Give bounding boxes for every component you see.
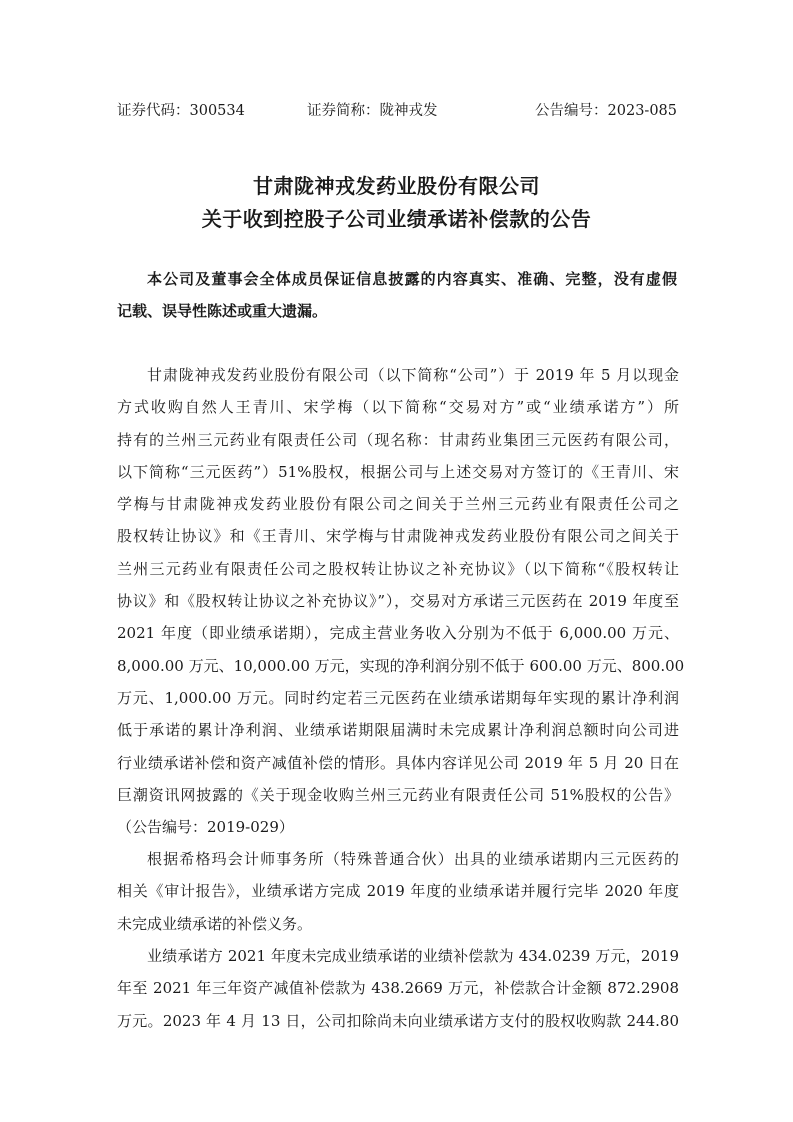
body-line: 相关《审计报告》，业绩承诺方完成 2019 年度的业绩承诺并履行完毕 2020 … bbox=[117, 875, 679, 907]
body-line: 以下简称“三元医药”）51%股权，根据公司与上述交易对方签订的《王青川、宋 bbox=[117, 456, 679, 488]
board-guarantee-notice: 本公司及董事会全体成员保证信息披露的内容真实、准确、完整，没有虚假 记载、误导性… bbox=[117, 263, 677, 327]
announcement-number: 公告编号：2023-085 bbox=[535, 99, 677, 120]
body-line: 行业绩承诺补偿和资产减值补偿的情形。具体内容详见公司 2019 年 5 月 20… bbox=[117, 747, 679, 779]
body-line: 兰州三元药业有限责任公司之股权转让协议之补充协议》（以下简称“《股权转让 bbox=[117, 553, 679, 585]
notice-line: 本公司及董事会全体成员保证信息披露的内容真实、准确、完整，没有虚假 bbox=[117, 263, 677, 295]
body-line: （公告编号：2019-029） bbox=[117, 811, 679, 843]
body-line: 协议》和《股权转让协议之补充协议》”），交易对方承诺三元医药在 2019 年度至 bbox=[117, 585, 679, 617]
body-line: 持有的兰州三元药业有限责任公司（现名称：甘肃药业集团三元医药有限公司， bbox=[117, 424, 679, 456]
body-paragraph-compensation: 业绩承诺方 2021 年度未完成业绩承诺的业绩补偿款为 434.0239 万元，… bbox=[117, 940, 679, 1037]
body-paragraph-audit: 根据希格玛会计师事务所（特殊普通合伙）出具的业绩承诺期内三元医药的 相关《审计报… bbox=[117, 843, 679, 940]
body-line: 巨潮资讯网披露的《关于现金收购兰州三元药业有限责任公司 51%股权的公告》 bbox=[117, 779, 679, 811]
body-line: 2021 年度（即业绩承诺期），完成主营业务收入分别为不低于 6,000.00 … bbox=[117, 617, 679, 649]
body-line: 万元、1,000.00 万元。同时约定若三元医药在业绩承诺期每年实现的累计净利润 bbox=[117, 682, 679, 714]
body-line: 未完成业绩承诺的补偿义务。 bbox=[117, 908, 679, 940]
notice-line: 记载、误导性陈述或重大遗漏。 bbox=[117, 295, 677, 327]
body-line: 万元。2023 年 4 月 13 日，公司扣除尚未向业绩承诺方支付的股权收购款 … bbox=[117, 1005, 679, 1037]
body-line: 根据希格玛会计师事务所（特殊普通合伙）出具的业绩承诺期内三元医药的 bbox=[117, 843, 679, 875]
document-title-subject: 关于收到控股子公司业绩承诺补偿款的公告 bbox=[0, 203, 793, 232]
body-line: 甘肃陇神戎发药业股份有限公司（以下简称“公司”）于 2019 年 5 月以现金 bbox=[117, 359, 679, 391]
document-title-company: 甘肃陇神戎发药业股份有限公司 bbox=[0, 170, 793, 199]
document-header: 证券代码：300534 证券简称：陇神戎发 公告编号：2023-085 bbox=[117, 99, 677, 121]
body-line: 8,000.00 万元、10,000.00 万元，实现的净利润分别不低于 600… bbox=[117, 650, 679, 682]
securities-code: 证券代码：300534 bbox=[117, 99, 245, 120]
body-line: 方式收购自然人王青川、宋学梅（以下简称“交易对方”或“业绩承诺方”）所 bbox=[117, 391, 679, 423]
body-line: 年至 2021 年三年资产减值补偿款为 438.2669 万元，补偿款合计金额 … bbox=[117, 972, 679, 1004]
body-line: 学梅与甘肃陇神戎发药业股份有限公司之间关于兰州三元药业有限责任公司之 bbox=[117, 488, 679, 520]
securities-abbreviation: 证券简称：陇神戎发 bbox=[307, 99, 438, 120]
document-page: 证券代码：300534 证券简称：陇神戎发 公告编号：2023-085 甘肃陇神… bbox=[0, 0, 793, 1122]
body-line: 股权转让协议》和《王青川、宋学梅与甘肃陇神戎发药业股份有限公司之间关于 bbox=[117, 520, 679, 552]
body-line: 业绩承诺方 2021 年度未完成业绩承诺的业绩补偿款为 434.0239 万元，… bbox=[117, 940, 679, 972]
body-line: 低于承诺的累计净利润、业绩承诺期限届满时未完成累计净利润总额时向公司进 bbox=[117, 714, 679, 746]
body-paragraph-background: 甘肃陇神戎发药业股份有限公司（以下简称“公司”）于 2019 年 5 月以现金 … bbox=[117, 359, 679, 843]
